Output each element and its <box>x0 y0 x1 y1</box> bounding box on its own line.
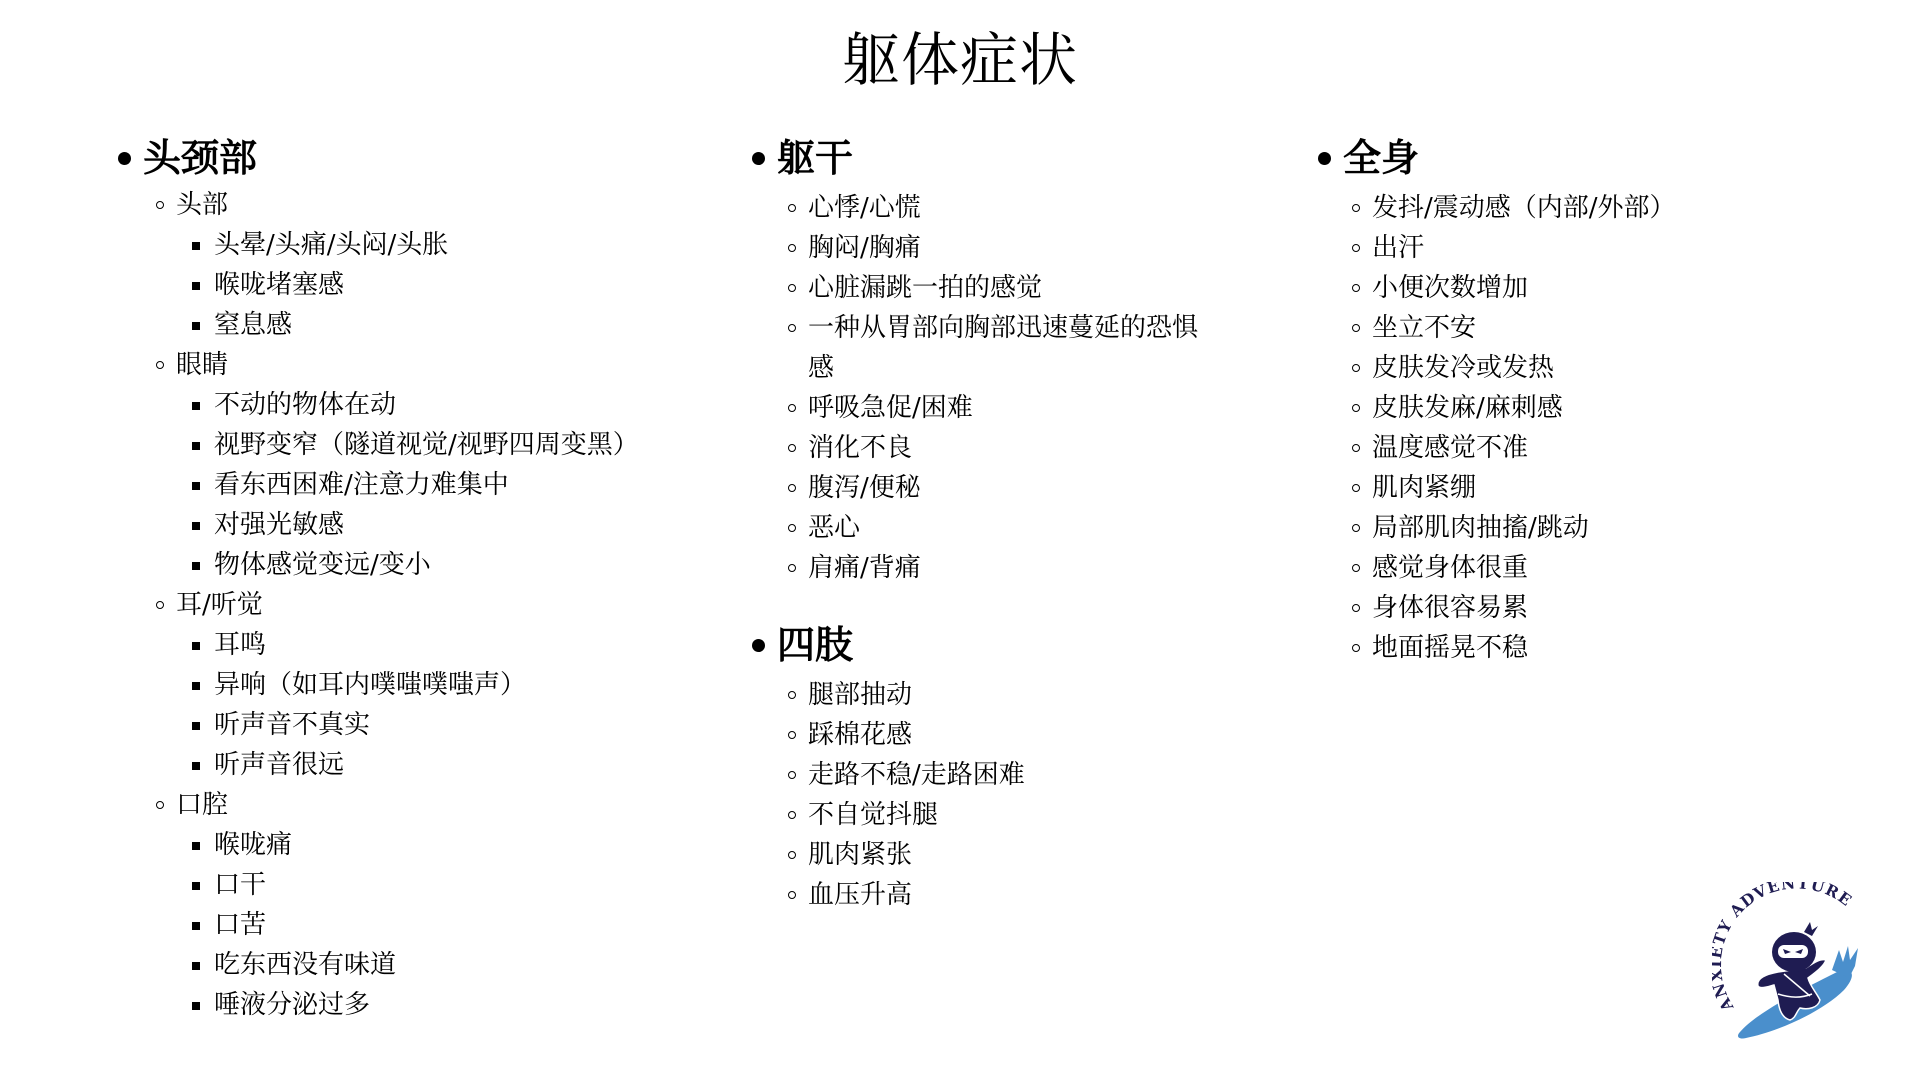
list-item-label: 走路不稳/走路困难 <box>808 755 1025 795</box>
bullet-square-icon <box>192 882 200 890</box>
bullet-circle-icon <box>788 524 796 532</box>
list-item-label: 物体感觉变远/变小 <box>214 545 431 585</box>
bullet-circle-icon <box>1352 444 1360 452</box>
list-item-label: 心悸/心慌 <box>808 188 921 228</box>
list-item-label: 喉咙痛 <box>214 825 292 865</box>
bullet-square-icon <box>192 922 200 930</box>
bullet-circle-icon <box>1352 244 1360 252</box>
list-item-label: 口干 <box>214 865 266 905</box>
bullet-square-icon <box>192 282 200 290</box>
list-item-label: 头晕/头痛/头闷/头胀 <box>214 225 448 265</box>
list-item-label: 坐立不安 <box>1372 308 1476 348</box>
bullet-square-icon <box>192 842 200 850</box>
bullet-disc-icon <box>752 639 765 652</box>
list-item-label: 温度感觉不准 <box>1372 428 1528 468</box>
section-heading-label: 躯干 <box>777 135 853 181</box>
bullet-circle-icon <box>788 484 796 492</box>
bullet-circle-icon <box>156 201 164 209</box>
bullet-disc-icon <box>1318 152 1331 165</box>
section-heading-label: 全身 <box>1343 135 1419 181</box>
bullet-circle-icon <box>156 361 164 369</box>
list-item-label: 不动的物体在动 <box>214 385 396 425</box>
list-item-label: 小便次数增加 <box>1372 268 1528 308</box>
bullet-square-icon <box>192 762 200 770</box>
list-item-label: 胸闷/胸痛 <box>808 228 921 268</box>
slide-title: 躯体症状 <box>0 22 1920 98</box>
bullet-square-icon <box>192 962 200 970</box>
list-item-label: 血压升高 <box>808 875 912 915</box>
bullet-circle-icon <box>1352 564 1360 572</box>
bullet-circle-icon <box>1352 364 1360 372</box>
list-item-label: 看东西困难/注意力难集中 <box>214 465 509 505</box>
group-label: 眼睛 <box>176 345 228 385</box>
list-item-label: 听声音很远 <box>214 745 344 785</box>
list-item-label: 肌肉紧张 <box>808 835 912 875</box>
bullet-circle-icon <box>1352 644 1360 652</box>
bullet-square-icon <box>192 482 200 490</box>
bullet-circle-icon <box>788 811 796 819</box>
bullet-circle-icon <box>1352 524 1360 532</box>
bullet-circle-icon <box>1352 604 1360 612</box>
list-item-label: 消化不良 <box>808 428 912 468</box>
bullet-circle-icon <box>788 324 796 332</box>
list-item-label: 皮肤发麻/麻刺感 <box>1372 388 1563 428</box>
bullet-circle-icon <box>788 404 796 412</box>
section-heading-label: 四肢 <box>777 622 853 668</box>
bullet-square-icon <box>192 322 200 330</box>
bullet-circle-icon <box>1352 484 1360 492</box>
list-item-label: 听声音不真实 <box>214 705 370 745</box>
bullet-square-icon <box>192 562 200 570</box>
bullet-disc-icon <box>752 152 765 165</box>
bullet-circle-icon <box>788 851 796 859</box>
bullet-circle-icon <box>788 564 796 572</box>
bullet-square-icon <box>192 442 200 450</box>
list-item-label: 唾液分泌过多 <box>214 985 370 1025</box>
list-item-label: 腿部抽动 <box>808 675 912 715</box>
list-item-label: 视野变窄（隧道视觉/视野四周变黑） <box>214 425 639 465</box>
list-item-label: 口苦 <box>214 905 266 945</box>
group-label: 头部 <box>176 185 228 225</box>
bullet-circle-icon <box>788 244 796 252</box>
bullet-square-icon <box>192 522 200 530</box>
list-item-label: 恶心 <box>808 508 860 548</box>
list-item-label: 肌肉紧绷 <box>1372 468 1476 508</box>
list-item-label: 窒息感 <box>214 305 292 345</box>
bullet-square-icon <box>192 402 200 410</box>
bullet-circle-icon <box>1352 404 1360 412</box>
list-item-label: 腹泻/便秘 <box>808 468 921 508</box>
bullet-circle-icon <box>788 204 796 212</box>
list-item-label: 一种从胃部向胸部迅速蔓延的恐惧感 <box>808 308 1203 388</box>
list-item-label: 踩棉花感 <box>808 715 912 755</box>
list-item-label: 喉咙堵塞感 <box>214 265 344 305</box>
list-item-label: 出汗 <box>1372 228 1424 268</box>
bullet-square-icon <box>192 642 200 650</box>
group-label: 耳/听觉 <box>176 585 263 625</box>
bullet-circle-icon <box>156 601 164 609</box>
bullet-square-icon <box>192 242 200 250</box>
list-item-label: 吃东西没有味道 <box>214 945 396 985</box>
list-item-label: 局部肌肉抽搐/跳动 <box>1372 508 1589 548</box>
group-label: 口腔 <box>176 785 228 825</box>
section-heading-label: 头颈部 <box>143 135 257 181</box>
list-item-label: 耳鸣 <box>214 625 266 665</box>
list-item-label: 不自觉抖腿 <box>808 795 938 835</box>
bullet-circle-icon <box>788 691 796 699</box>
list-item-label: 肩痛/背痛 <box>808 548 921 588</box>
anxiety-adventure-logo: ANXIETY ADVENTURE <box>1712 882 1872 1047</box>
list-item-label: 心脏漏跳一拍的感觉 <box>808 268 1042 308</box>
bullet-circle-icon <box>1352 284 1360 292</box>
bullet-circle-icon <box>788 891 796 899</box>
bullet-circle-icon <box>788 771 796 779</box>
list-item-label: 异响（如耳内噗嗤噗嗤声） <box>214 665 526 705</box>
bullet-circle-icon <box>1352 204 1360 212</box>
bullet-square-icon <box>192 1002 200 1010</box>
bullet-circle-icon <box>788 444 796 452</box>
list-item-label: 身体很容易累 <box>1372 588 1528 628</box>
list-item-label: 对强光敏感 <box>214 505 344 545</box>
list-item-label: 呼吸急促/困难 <box>808 388 973 428</box>
list-item-label: 发抖/震动感（内部/外部） <box>1372 188 1676 228</box>
ninja-surfer-icon: ANXIETY ADVENTURE <box>1712 882 1872 1047</box>
list-item-label: 地面摇晃不稳 <box>1372 628 1528 668</box>
bullet-circle-icon <box>156 801 164 809</box>
bullet-circle-icon <box>788 731 796 739</box>
bullet-disc-icon <box>118 152 131 165</box>
bullet-square-icon <box>192 722 200 730</box>
bullet-square-icon <box>192 682 200 690</box>
list-item-label: 皮肤发冷或发热 <box>1372 348 1554 388</box>
list-item-label: 感觉身体很重 <box>1372 548 1528 588</box>
bullet-circle-icon <box>788 284 796 292</box>
bullet-circle-icon <box>1352 324 1360 332</box>
